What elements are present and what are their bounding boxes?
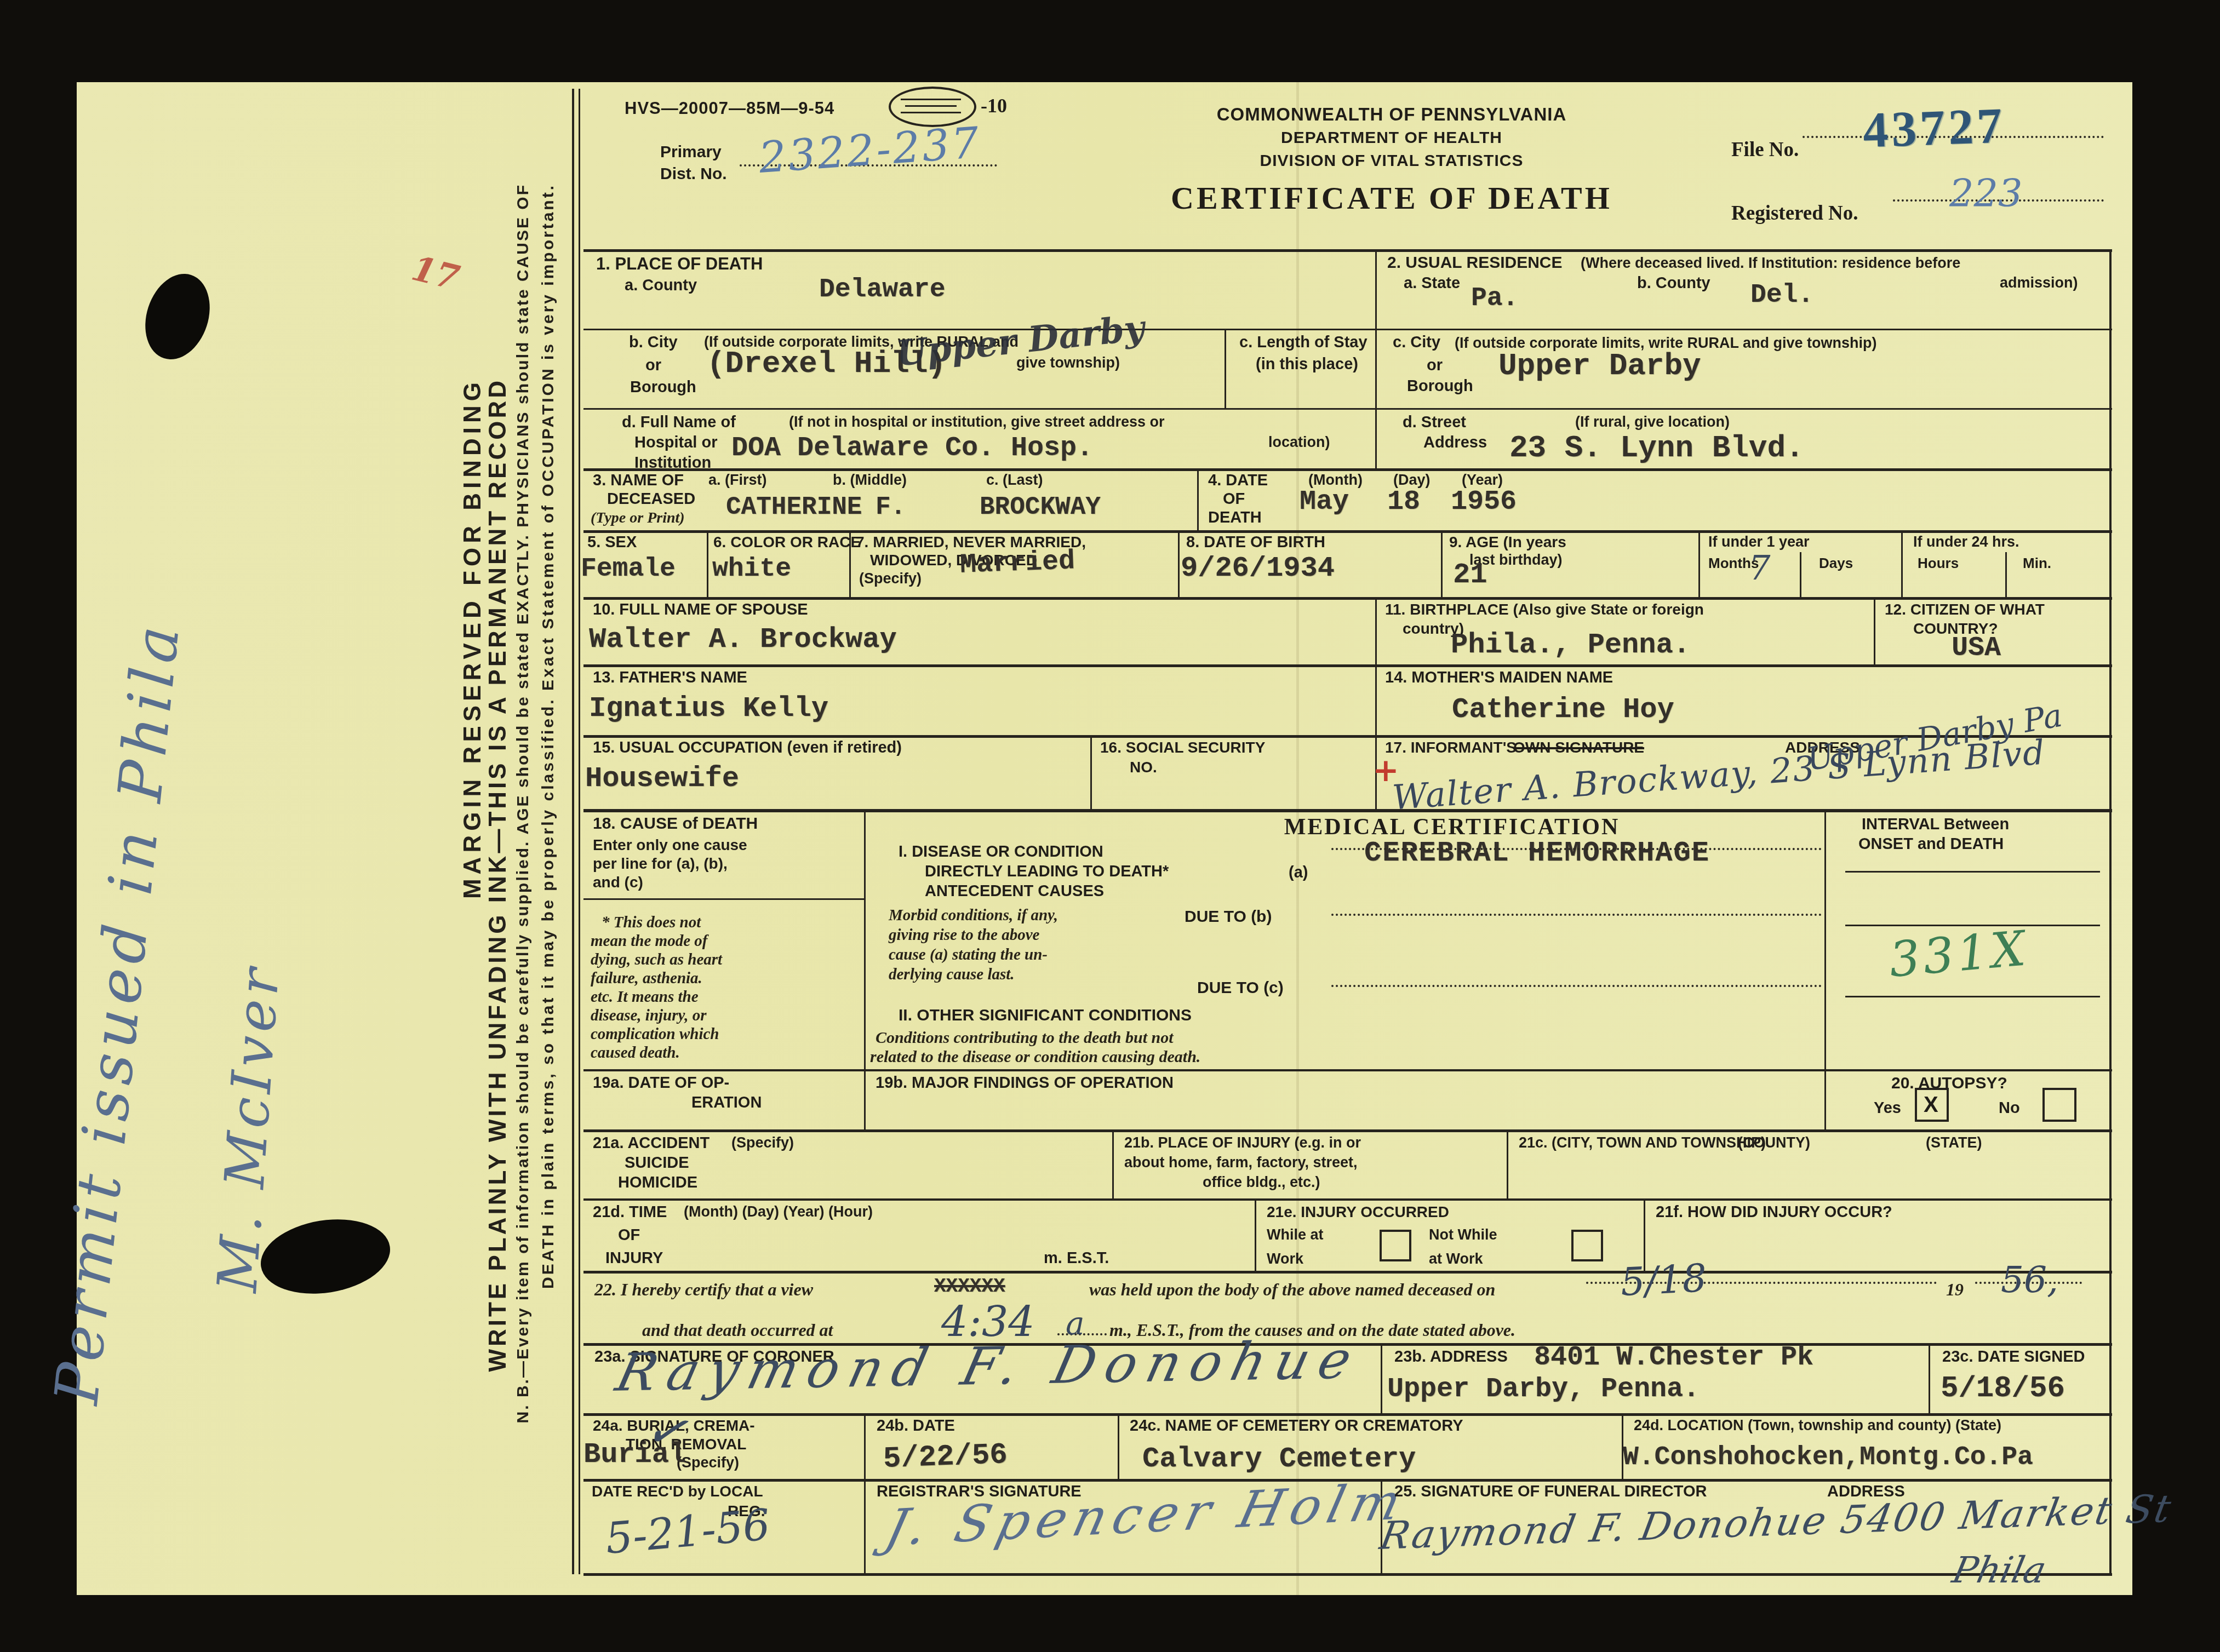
min-label: Min. [2023, 556, 2051, 571]
grid-rule [583, 1129, 2112, 1132]
interval-label2: ONSET and DEATH [1858, 836, 2004, 852]
first-name-label: a. (First) [708, 472, 767, 487]
name-title1: 3. NAME OF [593, 472, 684, 489]
disease-label2: DIRECTLY LEADING TO DEATH* [925, 863, 1169, 880]
street-value: 23 S. Lynn Blvd. [1509, 431, 1804, 466]
occupation-label: 15. USUAL OCCUPATION (even if retired) [593, 739, 902, 756]
scanned-death-certificate: MARGIN RESERVED FOR BINDING WRITE PLAINL… [0, 0, 2220, 1652]
major-findings-label: 19b. MAJOR FINDINGS OF OPERATION [876, 1075, 1174, 1091]
cause-of-death-title: 18. CAUSE of DEATH [593, 815, 758, 833]
union-label-suffix: -10 [981, 94, 1007, 117]
death-day-label: (Day) [1393, 472, 1431, 487]
citizen-label1: 12. CITIZEN OF WHAT [1885, 601, 2045, 617]
accident-label3: HOMICIDE [618, 1174, 697, 1191]
res-county-label: b. County [1637, 275, 1710, 291]
binding-rule [579, 89, 580, 1574]
marital-specify-label: (Specify) [859, 571, 922, 586]
hospital-label2: Hospital or [634, 434, 717, 451]
cause-note-line: complication which [591, 1025, 719, 1043]
autopsy-yes-checkbox: X [1915, 1088, 1949, 1122]
name-title3: (Type or Print) [591, 509, 685, 527]
grid-rule [1375, 329, 2112, 330]
cemetery-value: Calvary Cemetery [1142, 1443, 1416, 1475]
certify-struck-words: XXXXXX [934, 1275, 1005, 1298]
autopsy-label: 20. AUTOPSY? [1891, 1075, 2007, 1092]
res-city-label: c. City [1393, 334, 1440, 351]
birth-date-label: 8. DATE OF BIRTH [1186, 534, 1325, 550]
cause-note-line: * This does not [602, 914, 701, 932]
age-value: 21 [1453, 559, 1487, 591]
birthplace-label1: 11. BIRTHPLACE (Also give State or forei… [1385, 601, 1704, 617]
residence-title: 2. USUAL RESIDENCE [1387, 254, 1563, 272]
cause-note-line: caused death. [591, 1044, 680, 1062]
certify-date-handwritten: 5/18 [1620, 1255, 1708, 1305]
grid-rule [583, 408, 1375, 410]
last-name-label: c. (Last) [986, 472, 1043, 487]
middle-name-value: F. [876, 493, 906, 521]
date-of-death-title3: DEATH [1208, 509, 1262, 526]
mother-label: 14. MOTHER'S MAIDEN NAME [1385, 669, 1613, 686]
grid-rule [583, 664, 2112, 667]
county-label: a. County [625, 277, 697, 294]
cause-b-line [1331, 914, 1822, 916]
not-while-label: Not While [1429, 1227, 1497, 1242]
grid-rule [583, 1271, 2112, 1274]
mother-value: Catherine Hoy [1452, 693, 1674, 726]
interval-line [1845, 871, 2100, 873]
res-city-value: Upper Darby [1498, 348, 1701, 383]
margin-nb-note-line1: N. B.—Every item of information should b… [514, 183, 533, 1423]
hospital-label1: d. Full Name of [622, 414, 736, 431]
cemetery-label: 24c. NAME OF CEMETERY OR CREMATORY [1130, 1418, 1463, 1434]
place-of-injury-label3: office bldg., etc.) [1203, 1174, 1320, 1190]
time-of-injury-cols: (Month) (Day) (Year) (Hour) [684, 1204, 873, 1219]
death-year-value: 1956 [1451, 486, 1517, 518]
borough-label: Borough [630, 379, 696, 395]
hours-label: Hours [1918, 556, 1959, 571]
certify-19-label: 19 [1946, 1280, 1964, 1300]
grid-rule [583, 1413, 2112, 1416]
morbid-note-line: Morbid conditions, if any, [889, 907, 1058, 925]
county-value: Delaware [819, 275, 945, 305]
sex-label: 5. SEX [587, 534, 637, 550]
time-of-injury-label2: OF [618, 1227, 640, 1243]
informant-own-signature-label: OWN SIGNATURE [1513, 739, 1644, 755]
due-to-c-label: DUE TO (c) [1197, 979, 1284, 997]
accident-label2: SUICIDE [625, 1155, 689, 1171]
certify-line1b: was held upon the body of the above name… [1089, 1280, 1495, 1300]
death-month-value: May [1300, 486, 1349, 518]
cause-c-line [1331, 985, 1822, 987]
residence-title-paren: (Where deceased lived. If Institution: r… [1581, 255, 1960, 271]
interval-line [1845, 996, 2100, 997]
grid-rule [1375, 597, 1377, 735]
registered-no-label: Registered No. [1731, 202, 1858, 225]
grid-rule [583, 530, 2112, 533]
race-label: 6. COLOR OR RACE [713, 534, 861, 550]
grid-rule [583, 809, 2112, 812]
sex-value: Female [581, 554, 676, 584]
while-at-label: While at [1267, 1227, 1324, 1242]
coroner-address-label: 23b. ADDRESS [1394, 1349, 1508, 1365]
department-heading: DEPARTMENT OF HEALTH [1096, 129, 1687, 147]
coroner-address-value2: Upper Darby, Penna. [1387, 1374, 1700, 1405]
certify-line1a: 22. I hereby certify that a view [594, 1280, 813, 1300]
marital-value: Married [959, 546, 1075, 581]
interval-label1: INTERVAL Between [1862, 816, 2009, 833]
occupation-value: Housewife [585, 762, 739, 795]
how-injury-label: 21f. HOW DID INJURY OCCUR? [1656, 1204, 1892, 1220]
grid-rule [1375, 249, 1377, 468]
margin-nb-note-line2: DEATH in plain terms, so that it may be … [539, 183, 558, 1289]
cemetery-location-value: W.Conshohocken,Montg.Co.Pa [1623, 1443, 2033, 1472]
binding-rule [572, 89, 574, 1574]
grid-rule [1874, 597, 1875, 664]
certify-year-handwritten: 56, [2001, 1259, 2058, 1301]
disease-label1: I. DISEASE OR CONDITION [899, 844, 1103, 860]
grid-rule [1255, 1198, 1256, 1271]
cause-a-value: CEREBRAL HEMORRHAGE [1364, 837, 1710, 869]
autopsy-yes-label: Yes [1874, 1100, 1901, 1116]
place-of-injury-label2: about home, farm, factory, street, [1124, 1155, 1358, 1170]
margin-binding-note: MARGIN RESERVED FOR BINDING [459, 378, 487, 899]
father-label: 13. FATHER'S NAME [593, 669, 747, 686]
injury-state-label: (STATE) [1926, 1135, 1982, 1150]
file-no-label: File No. [1731, 138, 1799, 162]
form-number: HVS—20007—85M—9-54 [625, 100, 834, 118]
father-value: Ignatius Kelly [589, 692, 828, 725]
under-24-hrs-label: If under 24 hrs. [1913, 534, 2019, 549]
est-label: m. E.S.T. [1044, 1250, 1109, 1266]
grid-rule [1901, 530, 1903, 597]
funeral-director-label: 25. SIGNATURE OF FUNERAL DIRECTOR [1394, 1483, 1707, 1500]
grid-rule [583, 597, 2112, 600]
morbid-note-line: derlying cause last. [889, 966, 1015, 984]
city-label: b. City [629, 334, 678, 351]
race-value: white [712, 554, 791, 584]
date-of-death-title2: OF [1223, 491, 1245, 507]
name-title2: DECEASED [607, 491, 695, 507]
grid-rule [583, 1198, 2112, 1201]
primary-dist-no-label: Dist. No. [660, 165, 727, 183]
grid-rule [1112, 1129, 1114, 1198]
res-or-label: or [1427, 357, 1443, 374]
age-label1: 9. AGE (In years [1449, 534, 1566, 550]
residence-title-paren2: admission) [2000, 275, 2078, 290]
ssn-label2: NO. [1130, 759, 1157, 775]
citizen-value: USA [1952, 633, 2001, 664]
informant-label: 17. INFORMANT'S [1385, 739, 1517, 755]
grid-rule [1118, 1413, 1119, 1479]
grid-rule [1929, 1343, 1930, 1413]
commonwealth-heading: COMMONWEALTH OF PENNSYLVANIA [1096, 105, 1687, 124]
cause-note-line: mean the mode of [591, 932, 707, 950]
funeral-director-city: Phila [1949, 1549, 2050, 1591]
or-label: or [645, 357, 661, 374]
injury-city-label: 21c. (CITY, TOWN AND TOWNSHIP) [1519, 1135, 1766, 1150]
cause-note-line: dying, such as heart [591, 951, 722, 969]
street-label2: Address [1423, 434, 1487, 451]
time-of-injury-label1: 21d. TIME [593, 1204, 667, 1220]
injury-occurred-label: 21e. INJURY OCCURRED [1267, 1204, 1449, 1220]
grid-rule [1225, 329, 1226, 410]
cause-note-line: etc. It means the [591, 988, 699, 1006]
grid-rule [583, 898, 864, 900]
morbid-note-line: cause (a) stating the un- [889, 946, 1048, 964]
date-of-death-title1: 4. DATE [1208, 472, 1268, 489]
grid-rule [1381, 1343, 1382, 1413]
division-heading: DIVISION OF VITAL STATISTICS [1096, 152, 1687, 170]
state-value: Pa. [1471, 284, 1518, 313]
cause-instr2: per line for (a), (b), [593, 856, 728, 871]
autopsy-no-checkbox [2042, 1088, 2076, 1122]
grid-rule [1197, 468, 1199, 530]
hospital-label3: Institution [634, 455, 711, 471]
date-signed-label: 23c. DATE SIGNED [1942, 1349, 2085, 1365]
cause-instr1: Enter only one cause [593, 837, 747, 853]
autopsy-yes-checkmark: X [1924, 1093, 1938, 1116]
accident-label1: 21a. ACCIDENT [593, 1135, 710, 1151]
ssn-label1: 16. SOCIAL SECURITY [1100, 739, 1265, 755]
length-of-stay-label: c. Length of Stay [1239, 334, 1368, 351]
length-of-stay-paren: (in this place) [1256, 356, 1358, 372]
burial-date-label: 24b. DATE [877, 1418, 955, 1434]
other-conditions-title: II. OTHER SIGNIFICANT CONDITIONS [899, 1007, 1192, 1024]
grid-rule [707, 530, 708, 597]
while-at-work-checkbox [1380, 1230, 1411, 1261]
spouse-value: Walter A. Brockway [589, 623, 897, 656]
certificate-title: CERTIFICATE OF DEATH [1096, 180, 1687, 216]
cause-instr3: and (c) [593, 874, 643, 890]
cause-a-line [1331, 848, 1822, 850]
due-to-b-label: DUE TO (b) [1185, 908, 1272, 926]
disease-a-label: (a) [1289, 864, 1308, 881]
file-no-value: 43727 [1862, 96, 2006, 159]
street-label1: d. Street [1403, 414, 1466, 431]
medical-certification-title: MEDICAL CERTIFICATION [1183, 814, 1720, 840]
date-of-operation-label1: 19a. DATE OF OP- [593, 1075, 729, 1091]
grid-rule [583, 249, 2112, 252]
spouse-label: 10. FULL NAME OF SPOUSE [593, 601, 808, 618]
grid-rule [583, 1573, 2112, 1576]
primary-dist-label: Primary [660, 144, 722, 161]
grid-rule [1375, 408, 2112, 410]
hospital-paren2: location) [1268, 434, 1330, 450]
grid-rule [583, 1069, 2112, 1071]
accident-specify-label: (Specify) [731, 1135, 794, 1150]
grid-rule [2005, 552, 2007, 597]
other-conditions-note: Conditions contributing to the death but… [876, 1029, 1174, 1047]
grid-rule [1698, 530, 1700, 597]
date-of-operation-label2: ERATION [691, 1094, 762, 1111]
hospital-value: DOA Delaware Co. Hosp. [731, 433, 1093, 464]
death-year-label: (Year) [1462, 472, 1503, 487]
grid-rule [1178, 530, 1180, 597]
cemetery-location-label: 24d. LOCATION (Town, township and county… [1634, 1418, 2001, 1433]
grid-rule [2109, 249, 2112, 1575]
at-work-label: at Work [1429, 1251, 1483, 1266]
days-label: Days [1819, 556, 1853, 571]
burial-date-value: 5/22/56 [883, 1438, 1008, 1476]
cause-note-line: disease, injury, or [591, 1007, 707, 1025]
grid-rule [1441, 530, 1443, 597]
autopsy-no-label: No [1999, 1100, 2020, 1116]
state-label: a. State [1404, 275, 1460, 291]
date-recd-label1: DATE REC'D by LOCAL [592, 1483, 763, 1499]
place-of-death-title: 1. PLACE OF DEATH [596, 255, 763, 273]
grid-rule [583, 468, 2112, 471]
cause-note-line: failure, asthenia. [591, 970, 702, 988]
birth-date-value: 9/26/1934 [1181, 552, 1335, 584]
margin-write-plainly-note: WRITE PLAINLY WITH UNFADING INK—THIS IS … [484, 378, 512, 1372]
street-paren: (If rural, give location) [1575, 414, 1730, 429]
death-month-label: (Month) [1308, 472, 1363, 487]
registered-no-value: 223 [1949, 171, 2023, 216]
res-county-value: Del. [1750, 280, 1813, 310]
place-of-injury-label1: 21b. PLACE OF INJURY (e.g. in or [1124, 1135, 1361, 1150]
last-name-value: BROCKWAY [980, 493, 1101, 521]
first-name-value: CATHERINE [726, 493, 862, 521]
grid-rule [1507, 1129, 1508, 1198]
antecedent-label: ANTECEDENT CAUSES [925, 883, 1104, 899]
morbid-note-line: giving rise to the above [889, 926, 1039, 944]
grid-rule [1824, 809, 1826, 1129]
certify-line2a: and that death occurred at [642, 1320, 833, 1340]
months-handwritten-value: 7 [1749, 548, 1770, 588]
time-of-injury-label3: INJURY [605, 1250, 663, 1266]
coroner-address-value1: 8401 W.Chester Pk [1534, 1342, 1813, 1373]
hospital-paren1: (If not in hospital or institution, give… [789, 414, 1165, 429]
grid-rule [864, 1413, 866, 1575]
not-while-at-work-checkbox [1571, 1230, 1603, 1261]
birthplace-value: Phila., Penna. [1451, 629, 1690, 661]
res-borough-label: Borough [1407, 378, 1473, 394]
work-label: Work [1267, 1251, 1303, 1266]
other-conditions-note: related to the disease or condition caus… [870, 1048, 1200, 1066]
death-day-value: 18 [1387, 486, 1420, 518]
grid-rule [1090, 735, 1092, 809]
grid-rule [1800, 552, 1801, 597]
injury-county-label: (COUNTY) [1738, 1135, 1810, 1150]
grid-rule [864, 809, 866, 1129]
middle-name-label: b. (Middle) [833, 472, 907, 487]
date-signed-value: 5/18/56 [1941, 1372, 2065, 1406]
